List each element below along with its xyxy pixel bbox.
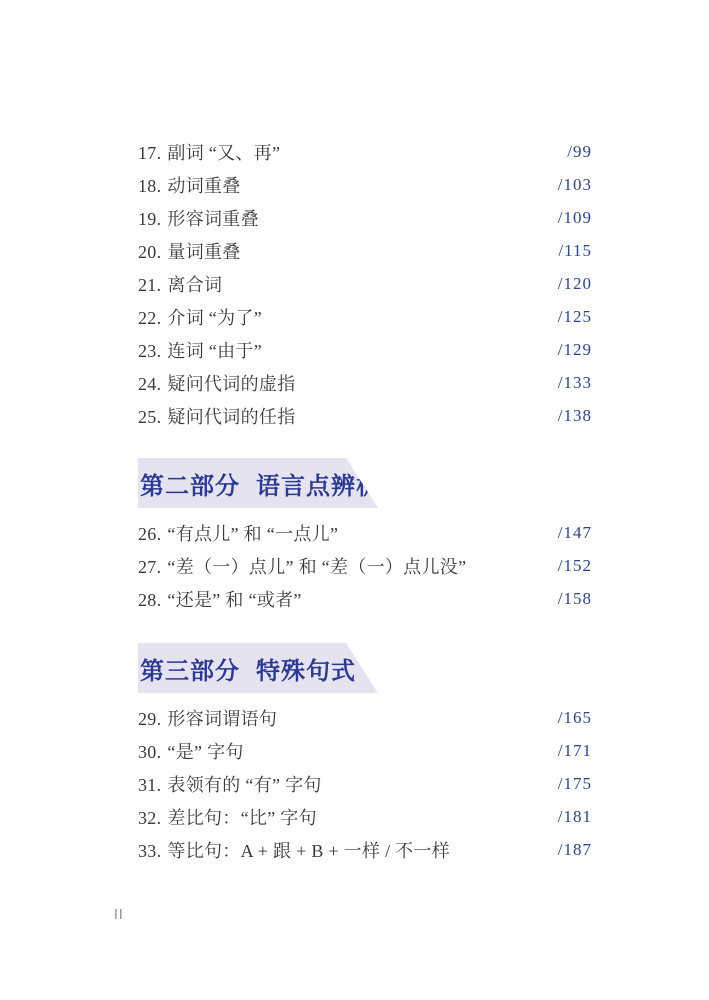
toc-item-page: /125 bbox=[558, 307, 592, 327]
toc-item-label: 33.等比句：A + 跟 + B + 一样 / 不一样 bbox=[138, 837, 450, 863]
toc-item-number: 27. bbox=[138, 557, 161, 578]
toc-item-label: 24.疑问代词的虚指 bbox=[138, 370, 296, 396]
toc-item: 22.介词 “为了” /125 bbox=[138, 300, 592, 333]
toc-item-label: 28.“还是” 和 “或者” bbox=[138, 586, 302, 612]
toc-item-number: 20. bbox=[138, 242, 161, 263]
toc-item-label: 31.表领有的 “有” 字句 bbox=[138, 771, 322, 797]
section-banner-part2: 第二部分 语言点辨析 bbox=[138, 458, 378, 508]
toc-item-title: 差比句：“比” 字句 bbox=[167, 804, 316, 830]
toc-item-title: 形容词重叠 bbox=[167, 205, 259, 231]
toc-item-label: 18.动词重叠 bbox=[138, 172, 241, 198]
toc-item-label: 22.介词 “为了” bbox=[138, 304, 262, 330]
toc-item: 17.副词 “又、再” /99 bbox=[138, 135, 592, 168]
toc-item-number: 31. bbox=[138, 775, 161, 796]
toc-item-page: /129 bbox=[558, 340, 592, 360]
toc-item-page: /171 bbox=[558, 741, 592, 761]
toc-item-number: 22. bbox=[138, 308, 161, 329]
toc-item-page: /138 bbox=[558, 406, 592, 426]
toc-item-page: /165 bbox=[558, 708, 592, 728]
toc-item-label: 30.“是” 字句 bbox=[138, 738, 244, 764]
toc-item: 27.“差（一）点儿” 和 “差（一）点儿没” /152 bbox=[138, 549, 592, 582]
toc-item-title: 形容词谓语句 bbox=[167, 705, 277, 731]
book-page: 17.副词 “又、再” /99 18.动词重叠 /103 19.形容词重叠 /1… bbox=[0, 0, 709, 1000]
toc-item-number: 26. bbox=[138, 524, 161, 545]
page-folio-number: II bbox=[114, 908, 124, 923]
toc-item: 29.形容词谓语句 /165 bbox=[138, 701, 592, 734]
toc-item-title: “还是” 和 “或者” bbox=[167, 586, 301, 612]
toc-item-page: /187 bbox=[558, 840, 592, 860]
toc-item-number: 29. bbox=[138, 709, 161, 730]
toc-item-page: /120 bbox=[558, 274, 592, 294]
toc-item-label: 21.离合词 bbox=[138, 271, 222, 297]
section-title: 语言点辨析 bbox=[256, 466, 381, 501]
toc-item: 30.“是” 字句 /171 bbox=[138, 734, 592, 767]
toc-item-number: 25. bbox=[138, 407, 161, 428]
toc-item-title: 疑问代词的虚指 bbox=[167, 370, 295, 396]
section-title: 特殊句式 bbox=[256, 651, 356, 686]
toc-item-number: 19. bbox=[138, 209, 161, 230]
toc-item-number: 18. bbox=[138, 176, 161, 197]
toc-item: 28.“还是” 和 “或者” /158 bbox=[138, 582, 592, 615]
section-part-label: 第二部分 bbox=[140, 466, 240, 501]
toc-item-page: /103 bbox=[558, 175, 592, 195]
toc-item-number: 32. bbox=[138, 808, 161, 829]
toc-item-label: 32.差比句：“比” 字句 bbox=[138, 804, 317, 830]
toc-item-page: /109 bbox=[558, 208, 592, 228]
toc-item-label: 20.量词重叠 bbox=[138, 238, 241, 264]
toc-item-title: “有点儿” 和 “一点儿” bbox=[167, 520, 338, 546]
toc-item-page: /133 bbox=[558, 373, 592, 393]
toc-item-title: 疑问代词的任指 bbox=[167, 403, 295, 429]
toc-item-label: 17.副词 “又、再” bbox=[138, 139, 280, 165]
toc-item-title: 等比句：A + 跟 + B + 一样 / 不一样 bbox=[167, 837, 450, 863]
toc-item-title: 连词 “由于” bbox=[167, 337, 262, 363]
toc-item-page: /158 bbox=[558, 589, 592, 609]
toc-item-page: /152 bbox=[558, 556, 592, 576]
toc-item-title: “是” 字句 bbox=[167, 738, 243, 764]
toc-item-page: /181 bbox=[558, 807, 592, 827]
toc-item-number: 24. bbox=[138, 374, 161, 395]
toc-item: 19.形容词重叠 /109 bbox=[138, 201, 592, 234]
toc-item: 23.连词 “由于” /129 bbox=[138, 333, 592, 366]
toc-item: 24.疑问代词的虚指 /133 bbox=[138, 366, 592, 399]
toc-item-label: 19.形容词重叠 bbox=[138, 205, 259, 231]
toc-item-number: 17. bbox=[138, 143, 161, 164]
toc-item: 21.离合词 /120 bbox=[138, 267, 592, 300]
toc-item-label: 25.疑问代词的任指 bbox=[138, 403, 296, 429]
toc-item: 20.量词重叠 /115 bbox=[138, 234, 592, 267]
toc-item-number: 33. bbox=[138, 841, 161, 862]
toc-item-title: 离合词 bbox=[167, 271, 222, 297]
toc-item-page: /99 bbox=[567, 142, 592, 162]
toc-item-title: 介词 “为了” bbox=[167, 304, 262, 330]
toc-item-page: /147 bbox=[558, 523, 592, 543]
toc-item-number: 28. bbox=[138, 590, 161, 611]
toc-content: 17.副词 “又、再” /99 18.动词重叠 /103 19.形容词重叠 /1… bbox=[138, 135, 592, 866]
toc-item-label: 26.“有点儿” 和 “一点儿” bbox=[138, 520, 338, 546]
toc-item-page: /175 bbox=[558, 774, 592, 794]
toc-item-title: 表领有的 “有” 字句 bbox=[167, 771, 321, 797]
toc-item: 31.表领有的 “有” 字句 /175 bbox=[138, 767, 592, 800]
toc-item-title: 动词重叠 bbox=[167, 172, 240, 198]
toc-item: 18.动词重叠 /103 bbox=[138, 168, 592, 201]
toc-item-label: 29.形容词谓语句 bbox=[138, 705, 277, 731]
toc-item-label: 23.连词 “由于” bbox=[138, 337, 262, 363]
toc-item-page: /115 bbox=[558, 241, 592, 261]
section-part-label: 第三部分 bbox=[140, 651, 240, 686]
toc-item-number: 30. bbox=[138, 742, 161, 763]
section-banner-part3: 第三部分 特殊句式 bbox=[138, 643, 378, 693]
toc-item-title: “差（一）点儿” 和 “差（一）点儿没” bbox=[167, 553, 466, 579]
toc-item-label: 27.“差（一）点儿” 和 “差（一）点儿没” bbox=[138, 553, 466, 579]
toc-item: 33.等比句：A + 跟 + B + 一样 / 不一样 /187 bbox=[138, 833, 592, 866]
toc-item: 32.差比句：“比” 字句 /181 bbox=[138, 800, 592, 833]
toc-item: 25.疑问代词的任指 /138 bbox=[138, 399, 592, 432]
toc-item-title: 副词 “又、再” bbox=[167, 139, 280, 165]
toc-item: 26.“有点儿” 和 “一点儿” /147 bbox=[138, 516, 592, 549]
toc-item-title: 量词重叠 bbox=[167, 238, 240, 264]
toc-item-number: 23. bbox=[138, 341, 161, 362]
toc-item-number: 21. bbox=[138, 275, 161, 296]
